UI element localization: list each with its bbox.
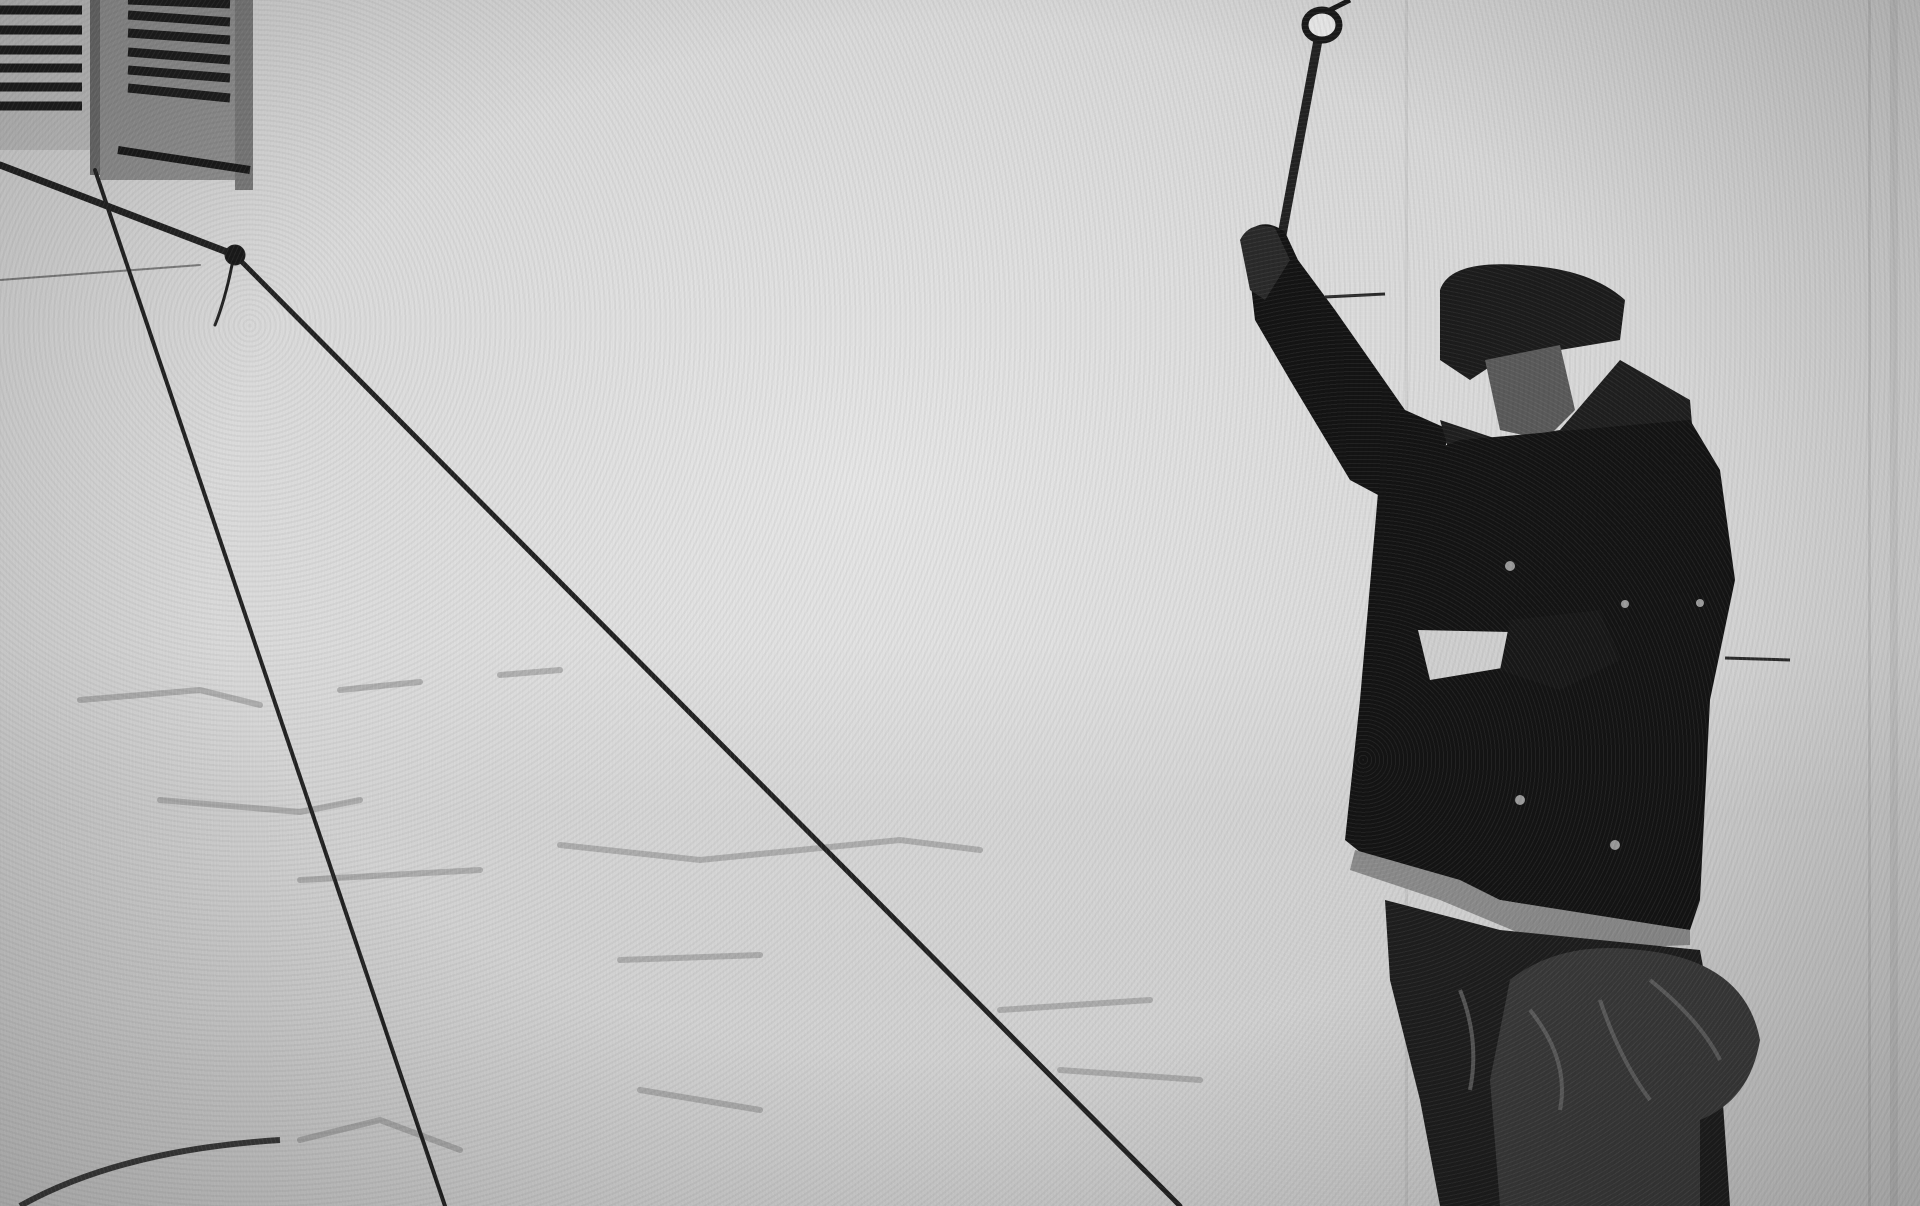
photograph — [0, 0, 1920, 1206]
cable-tip — [1325, 294, 1385, 297]
snow-mound — [20, 1140, 280, 1206]
person — [1240, 224, 1760, 1206]
instrument — [1282, 0, 1350, 235]
cable-tip — [1725, 658, 1790, 660]
snow-ridges — [80, 670, 1200, 1150]
guy-wires — [0, 165, 1180, 1206]
weather-screen — [0, 0, 253, 190]
scene — [0, 0, 1920, 1206]
